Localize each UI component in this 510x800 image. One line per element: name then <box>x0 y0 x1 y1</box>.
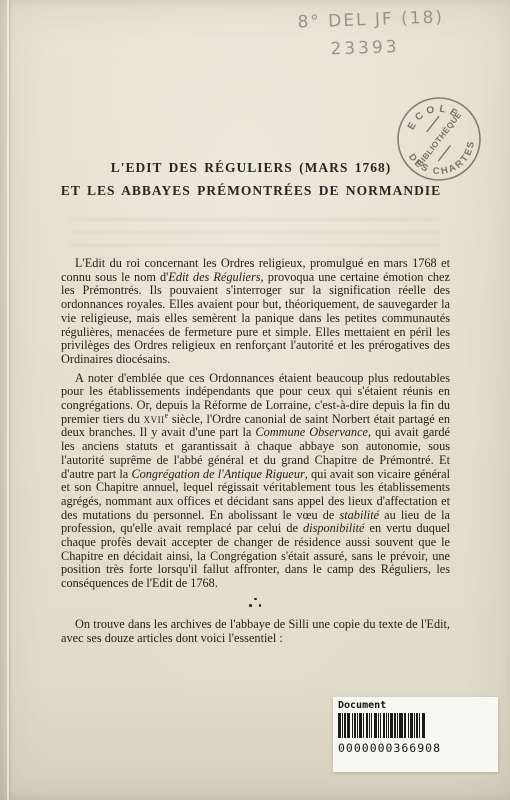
paragraph: A noter d'emblée que ces Ordonnances éta… <box>61 372 450 591</box>
asterism-ornament <box>248 598 264 610</box>
title-line2: ET LES ABBAYES PRÉMONTRÉES DE NORMANDIE <box>56 184 446 198</box>
barcode-bar <box>425 713 426 738</box>
barcode-sticker: Document 0000000366908 <box>333 697 498 772</box>
text-run: stabilité <box>339 508 379 522</box>
scanned-page: 8° DEL JF (18) 23393 ECOLE DES CHARTES B… <box>0 0 510 800</box>
text-run: xvii <box>144 412 165 426</box>
shelfmark-line2: 23393 <box>330 35 445 59</box>
article-title: L'EDIT DES RÉGULIERS (MARS 1768) ET LES … <box>56 161 446 197</box>
barcode-bars <box>338 713 484 738</box>
page-crease <box>7 0 9 800</box>
text-run: Congrégation de l'Antique Rigueur <box>131 467 304 481</box>
title-line1: L'EDIT DES RÉGULIERS (MARS 1768) <box>56 161 446 175</box>
stamp-rule-top <box>427 116 439 132</box>
ornament-dot <box>259 604 262 607</box>
stamp-rule-bottom <box>438 145 450 161</box>
ornament-dot <box>254 598 257 601</box>
text-run: On trouve dans les archives de l'abbaye … <box>61 617 450 645</box>
barcode-number: 0000000366908 <box>338 741 498 755</box>
paragraph: L'Edit du roi concernant les Ordres reli… <box>61 257 450 367</box>
article-body: L'Edit du roi concernant les Ordres reli… <box>61 257 450 645</box>
text-run: Commune Observance <box>255 425 368 439</box>
verso-showthrough <box>70 214 440 258</box>
paragraph: On trouve dans les archives de l'abbaye … <box>61 618 450 645</box>
text-run: , provoqua une certaine émotion chez les… <box>61 270 450 366</box>
ornament-dot <box>249 604 252 607</box>
barcode-label: Document <box>338 700 498 711</box>
text-run: disponibilité <box>303 521 365 535</box>
shelfmark-line1: 8° DEL JF (18) <box>297 7 444 32</box>
text-run: Edit des Réguliers <box>168 270 260 284</box>
handwritten-shelfmark: 8° DEL JF (18) 23393 <box>297 7 445 60</box>
